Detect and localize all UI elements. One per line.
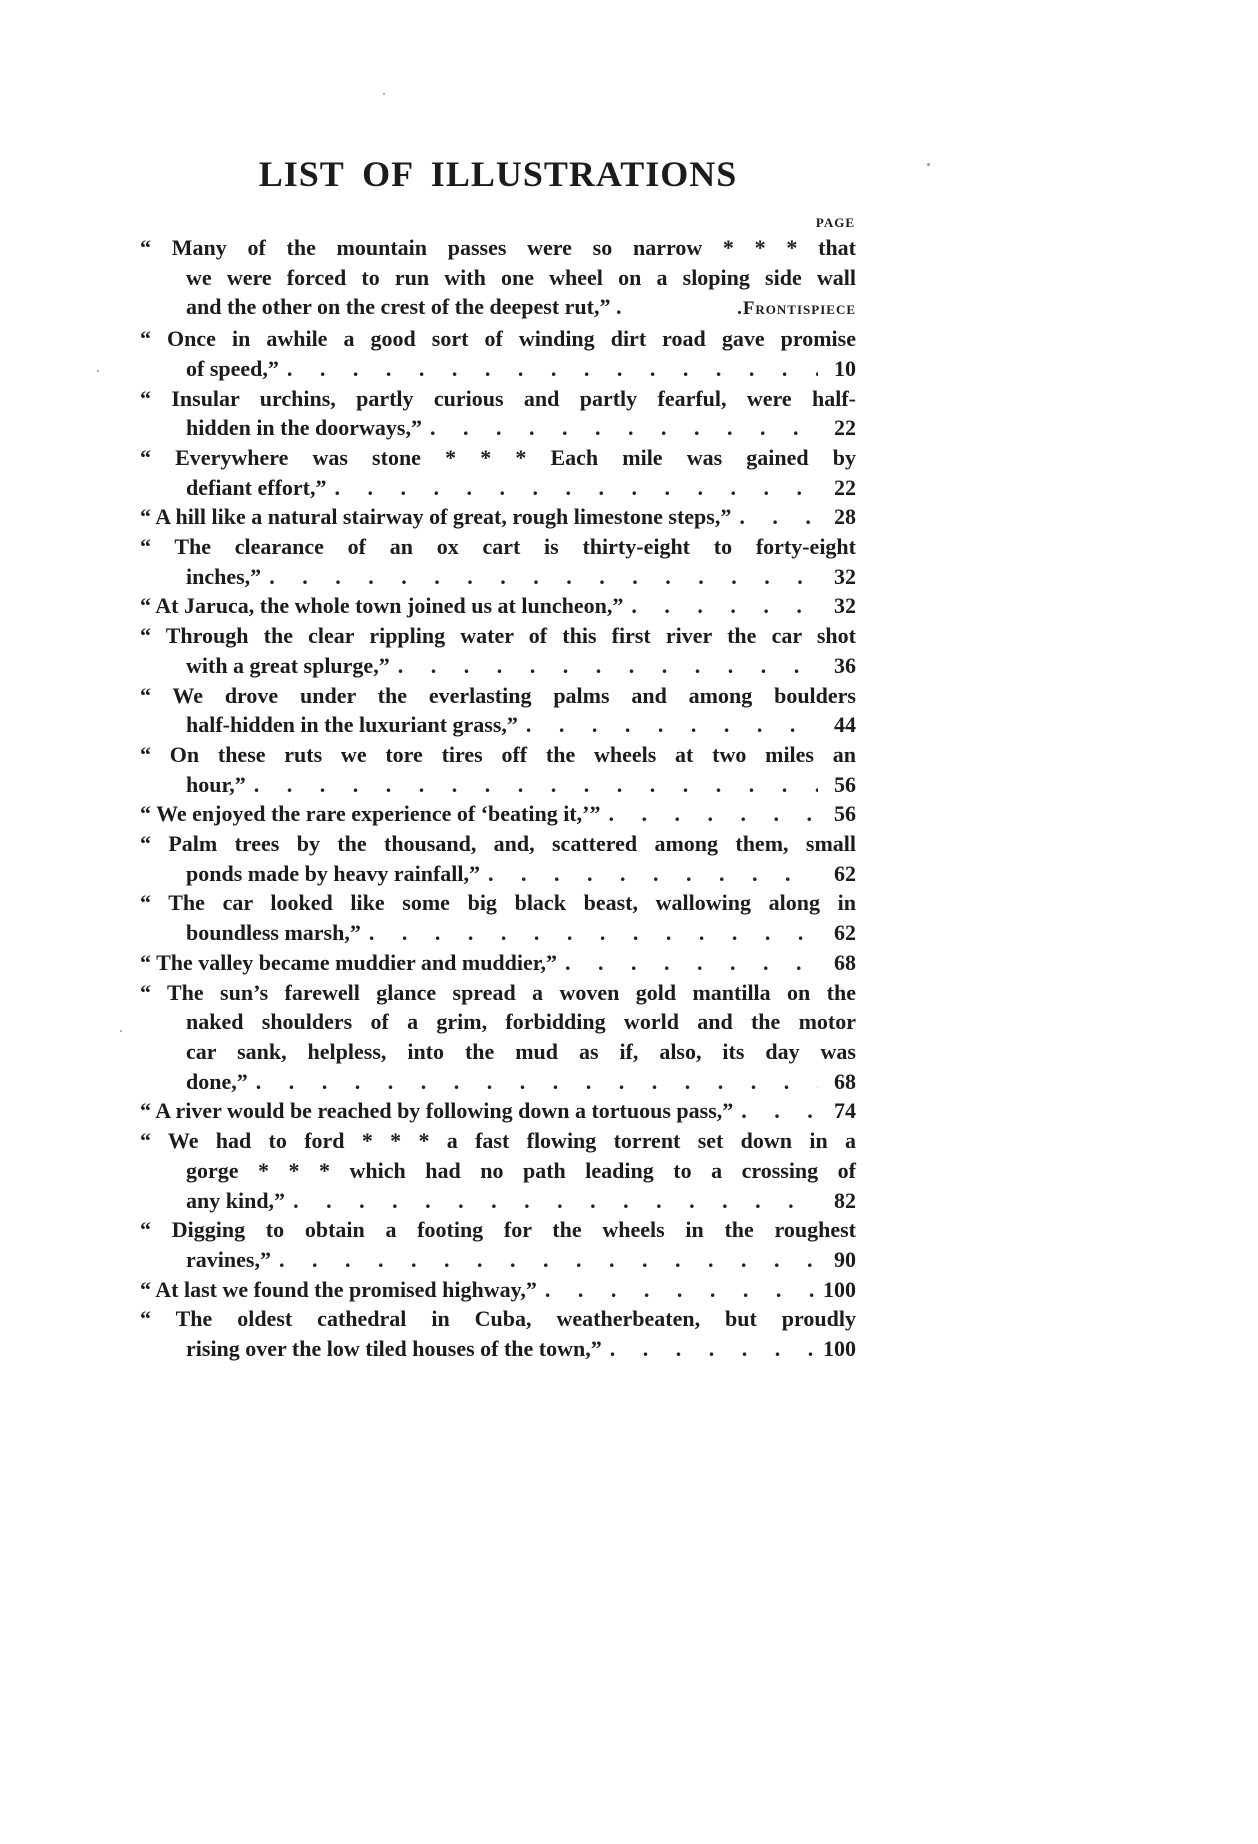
page-number: 32 bbox=[818, 591, 856, 621]
entry-line: “ The sun’s farewell glance spread a wov… bbox=[140, 978, 856, 1008]
entry-line: boundless marsh,”62 bbox=[140, 918, 856, 948]
entry-line: “ Many of the mountain passes were so na… bbox=[140, 233, 856, 263]
entry-line: “ The car looked like some big black bea… bbox=[140, 888, 856, 918]
scan-speck bbox=[120, 1030, 122, 1032]
caption-text: “ At last we found the promised highway,… bbox=[140, 1275, 537, 1305]
page-number: 22 bbox=[818, 473, 856, 503]
illustration-entry: “ We drove under the everlasting palms a… bbox=[140, 681, 856, 740]
entry-line: “ Everywhere was stone * * * Each mile w… bbox=[140, 443, 856, 473]
entry-line: “ Through the clear rippling water of th… bbox=[140, 621, 856, 651]
entry-line: we were forced to run with one wheel on … bbox=[140, 263, 856, 293]
caption-text: hour,” bbox=[186, 770, 246, 800]
entry-line: “ The valley became muddier and muddier,… bbox=[140, 948, 856, 978]
illustration-entry: “ Through the clear rippling water of th… bbox=[140, 621, 856, 680]
illustration-entry: “ The car looked like some big black bea… bbox=[140, 888, 856, 947]
caption-text: with a great splurge,” bbox=[186, 651, 390, 681]
page-number: 36 bbox=[818, 651, 856, 681]
caption-text: “ We drove under the everlasting palms a… bbox=[140, 681, 856, 711]
entry-line: “ We drove under the everlasting palms a… bbox=[140, 681, 856, 711]
page-number: .Frontispiece bbox=[733, 294, 856, 324]
scan-speck bbox=[97, 370, 99, 372]
dot-leader bbox=[600, 799, 818, 829]
caption-text: and the other on the crest of the deepes… bbox=[186, 292, 621, 322]
page-number: 68 bbox=[818, 1067, 856, 1097]
caption-text: “ Once in awhile a good sort of winding … bbox=[140, 324, 856, 354]
page-number: 10 bbox=[818, 354, 856, 384]
caption-text: hidden in the doorways,” bbox=[186, 413, 422, 443]
caption-text: inches,” bbox=[186, 562, 261, 592]
dot-leader bbox=[480, 859, 818, 889]
entry-line: “ Palm trees by the thousand, and, scatt… bbox=[140, 829, 856, 859]
caption-text: “ The car looked like some big black bea… bbox=[140, 888, 856, 918]
dot-leader bbox=[261, 562, 818, 592]
entry-line: defiant effort,”22 bbox=[140, 473, 856, 503]
entry-line: “ At last we found the promised highway,… bbox=[140, 1275, 856, 1305]
caption-text: “ We enjoyed the rare experience of ‘bea… bbox=[140, 799, 600, 829]
page-number: 68 bbox=[818, 948, 856, 978]
caption-text: “ The oldest cathedral in Cuba, weatherb… bbox=[140, 1304, 856, 1334]
dot-leader bbox=[390, 651, 818, 681]
page-number: 82 bbox=[818, 1186, 856, 1216]
illustration-entry: “ Once in awhile a good sort of winding … bbox=[140, 324, 856, 383]
page-number: 62 bbox=[818, 859, 856, 889]
dot-leader bbox=[327, 473, 818, 503]
page-number: 56 bbox=[818, 799, 856, 829]
page-number: 90 bbox=[818, 1245, 856, 1275]
dot-leader bbox=[733, 1096, 818, 1126]
entry-line: “ A hill like a natural stairway of grea… bbox=[140, 502, 856, 532]
illustration-entry: “ The clearance of an ox cart is thirty-… bbox=[140, 532, 856, 591]
caption-text: “ Through the clear rippling water of th… bbox=[140, 621, 856, 651]
dot-leader bbox=[731, 502, 818, 532]
illustration-entry: “ We had to ford * * * a fast flowing to… bbox=[140, 1126, 856, 1215]
caption-text: “ Everywhere was stone * * * Each mile w… bbox=[140, 443, 856, 473]
dot-leader bbox=[518, 710, 818, 740]
illustrations-list: “ Many of the mountain passes were so na… bbox=[140, 233, 856, 1364]
caption-text: “ A river would be reached by following … bbox=[140, 1096, 733, 1126]
entry-line: “ A river would be reached by following … bbox=[140, 1096, 856, 1126]
page-title: LIST OF ILLUSTRATIONS bbox=[0, 153, 996, 195]
scan-speck bbox=[927, 163, 930, 166]
dot-leader bbox=[279, 354, 818, 384]
page-number: 62 bbox=[818, 918, 856, 948]
dot-leader bbox=[361, 918, 818, 948]
page-number: 100 bbox=[818, 1334, 856, 1364]
entry-line: done,”68 bbox=[140, 1067, 856, 1097]
entry-line: and the other on the crest of the deepes… bbox=[140, 292, 856, 324]
caption-text: ravines,” bbox=[186, 1245, 271, 1275]
dot-leader bbox=[623, 591, 818, 621]
illustration-entry: “ At Jaruca, the whole town joined us at… bbox=[140, 591, 856, 621]
page-number: 100 bbox=[818, 1275, 856, 1305]
caption-text: rising over the low tiled houses of the … bbox=[186, 1334, 602, 1364]
illustration-entry: “ The valley became muddier and muddier,… bbox=[140, 948, 856, 978]
caption-text: “ The clearance of an ox cart is thirty-… bbox=[140, 532, 856, 562]
illustration-entry: “ The sun’s farewell glance spread a wov… bbox=[140, 978, 856, 1097]
illustration-entry: “ Everywhere was stone * * * Each mile w… bbox=[140, 443, 856, 502]
dot-leader bbox=[557, 948, 818, 978]
dot-leader bbox=[602, 1334, 818, 1364]
caption-text: car sank, helpless, into the mud as if, … bbox=[186, 1037, 856, 1067]
caption-text: “ Palm trees by the thousand, and, scatt… bbox=[140, 829, 856, 859]
entry-line: rising over the low tiled houses of the … bbox=[140, 1334, 856, 1364]
entry-line: ravines,”90 bbox=[140, 1245, 856, 1275]
entry-line: “ At Jaruca, the whole town joined us at… bbox=[140, 591, 856, 621]
entry-line: “ We had to ford * * * a fast flowing to… bbox=[140, 1126, 856, 1156]
page-column-label: PAGE bbox=[816, 215, 855, 231]
entry-line: hour,”56 bbox=[140, 770, 856, 800]
caption-text: done,” bbox=[186, 1067, 248, 1097]
caption-text: “ Many of the mountain passes were so na… bbox=[140, 233, 856, 263]
illustration-entry: “ At last we found the promised highway,… bbox=[140, 1275, 856, 1305]
illustration-entry: “ Digging to obtain a footing for the wh… bbox=[140, 1215, 856, 1274]
entry-line: inches,”32 bbox=[140, 562, 856, 592]
caption-text: “ We had to ford * * * a fast flowing to… bbox=[140, 1126, 856, 1156]
dot-leader bbox=[422, 413, 818, 443]
entry-line: car sank, helpless, into the mud as if, … bbox=[140, 1037, 856, 1067]
caption-text: “ Digging to obtain a footing for the wh… bbox=[140, 1215, 856, 1245]
page-number: 28 bbox=[818, 502, 856, 532]
entry-line: “ The oldest cathedral in Cuba, weatherb… bbox=[140, 1304, 856, 1334]
caption-text: naked shoulders of a grim, forbidding wo… bbox=[186, 1007, 856, 1037]
caption-text: we were forced to run with one wheel on … bbox=[186, 263, 856, 293]
page-number: 44 bbox=[818, 710, 856, 740]
illustration-entry: “ On these ruts we tore tires off the wh… bbox=[140, 740, 856, 799]
illustration-entry: “ Palm trees by the thousand, and, scatt… bbox=[140, 829, 856, 888]
illustration-entry: “ Insular urchins, partly curious and pa… bbox=[140, 384, 856, 443]
caption-text: “ A hill like a natural stairway of grea… bbox=[140, 502, 731, 532]
illustration-entry: “ The oldest cathedral in Cuba, weatherb… bbox=[140, 1304, 856, 1363]
entry-line: “ On these ruts we tore tires off the wh… bbox=[140, 740, 856, 770]
caption-text: “ The valley became muddier and muddier,… bbox=[140, 948, 557, 978]
caption-text: of speed,” bbox=[186, 354, 279, 384]
entry-line: “ The clearance of an ox cart is thirty-… bbox=[140, 532, 856, 562]
caption-text: “ On these ruts we tore tires off the wh… bbox=[140, 740, 856, 770]
caption-text: defiant effort,” bbox=[186, 473, 327, 503]
entry-line: “ We enjoyed the rare experience of ‘bea… bbox=[140, 799, 856, 829]
page-number: 32 bbox=[818, 562, 856, 592]
illustration-entry: “ A hill like a natural stairway of grea… bbox=[140, 502, 856, 532]
entry-line: of speed,”10 bbox=[140, 354, 856, 384]
entry-line: with a great splurge,”36 bbox=[140, 651, 856, 681]
entry-line: “ Insular urchins, partly curious and pa… bbox=[140, 384, 856, 414]
page-number: 74 bbox=[818, 1096, 856, 1126]
book-page: LIST OF ILLUSTRATIONS PAGE “ Many of the… bbox=[0, 0, 1258, 1844]
caption-text: “ At Jaruca, the whole town joined us at… bbox=[140, 591, 623, 621]
entry-line: “ Digging to obtain a footing for the wh… bbox=[140, 1215, 856, 1245]
caption-text: “ The sun’s farewell glance spread a wov… bbox=[140, 978, 856, 1008]
page-number: 22 bbox=[818, 413, 856, 443]
dot-leader bbox=[285, 1186, 818, 1216]
entry-line: “ Once in awhile a good sort of winding … bbox=[140, 324, 856, 354]
caption-text: “ Insular urchins, partly curious and pa… bbox=[140, 384, 856, 414]
scan-speck bbox=[383, 93, 385, 95]
illustration-entry: “ We enjoyed the rare experience of ‘bea… bbox=[140, 799, 856, 829]
caption-text: any kind,” bbox=[186, 1186, 285, 1216]
entry-line: naked shoulders of a grim, forbidding wo… bbox=[140, 1007, 856, 1037]
caption-text: ponds made by heavy rainfall,” bbox=[186, 859, 480, 889]
page-number: 56 bbox=[818, 770, 856, 800]
caption-text: half-hidden in the luxuriant grass,” bbox=[186, 710, 518, 740]
entry-line: half-hidden in the luxuriant grass,”44 bbox=[140, 710, 856, 740]
dot-leader bbox=[248, 1067, 818, 1097]
caption-text: boundless marsh,” bbox=[186, 918, 361, 948]
entry-line: gorge * * * which had no path leading to… bbox=[140, 1156, 856, 1186]
entry-line: any kind,”82 bbox=[140, 1186, 856, 1216]
entry-line: ponds made by heavy rainfall,”62 bbox=[140, 859, 856, 889]
dot-leader bbox=[246, 770, 818, 800]
entry-line: hidden in the doorways,”22 bbox=[140, 413, 856, 443]
dot-leader bbox=[537, 1275, 818, 1305]
illustration-entry: “ Many of the mountain passes were so na… bbox=[140, 233, 856, 324]
illustration-entry: “ A river would be reached by following … bbox=[140, 1096, 856, 1126]
dot-leader bbox=[271, 1245, 818, 1275]
caption-text: gorge * * * which had no path leading to… bbox=[186, 1156, 856, 1186]
